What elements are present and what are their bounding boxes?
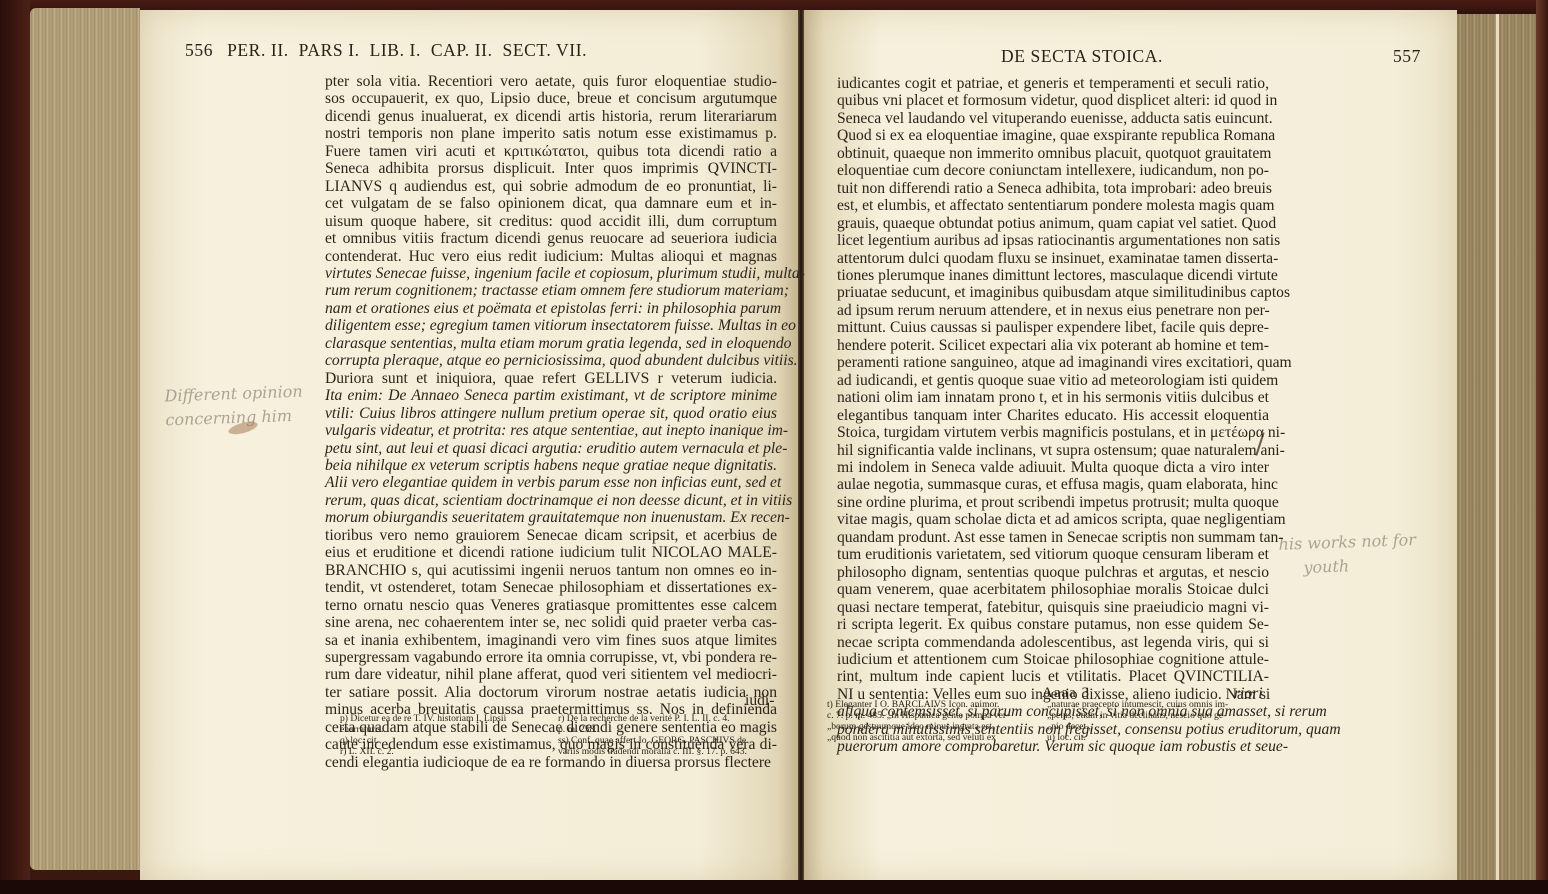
text-line: ri scripta legerit. Ex quibus constare p… [837,616,1269,633]
text-line: ad ipsum rerum neruum attendere, et in n… [837,302,1269,319]
book-gutter [798,10,804,882]
text-line: nam et orationes eius et poëmata et epis… [325,300,777,317]
text-line: uisum quoque habere, sit creditus: quod … [325,213,777,230]
text-line: licet legentium auribus ad ipsas ratioci… [837,232,1269,249]
text-line: hendere poterit. Scilicet expectari alia… [837,337,1269,354]
section-title: PER. II. PARS I. LIB. I. CAP. II. SECT. … [227,40,587,61]
footnote: enarraturis. [340,724,560,735]
text-line: eius et eruditione et dicendi ratione iu… [325,544,777,561]
text-line: nostri temporis non plane imperito satis… [325,125,777,142]
text-line: LIANVS q audiendus est, qui sobrie admod… [325,178,777,195]
text-line: quasi nectare temperat, fatebitur, quisq… [837,599,1269,616]
text-line: hil significantia valde inclinans, vt su… [837,442,1269,459]
text-line: sine arena, nec cohaerentem inter se, ne… [325,614,777,631]
footnote: p) Dicetur ea de re T. IV. historiam I. … [340,713,560,724]
footnote: r) L. XII. c. 2. [340,746,560,757]
text-line: morum obiurgandis seueritatem grauitatem… [325,509,777,526]
text-line: peramenti ratione sanguineo, atque ad im… [837,354,1269,371]
text-line: Alii vero elegantiae quidem in verbis pa… [325,474,777,491]
text-line: Duriora sunt et iniquiora, quae refert G… [325,370,777,387]
marginalia-line: youth [1279,551,1440,581]
text-line: pter sola vitia. Recentiori vero aetate,… [325,73,777,90]
text-line: virtutes Senecae fuisse, ingenium facile… [325,265,777,282]
text-line: rum dare videatur, nihil plane afferat, … [325,666,777,683]
footnote: r) De la recherche de la verité P. I. L.… [558,713,788,724]
text-line: Quod si ex ea eloquentiae imagine, quae … [837,127,1269,144]
page-edge-highlight [1496,14,1499,880]
text-line: beia nihilque ex veterum scriptis habens… [325,457,777,474]
text-line: attentorum dulci quodam fluxu se insinue… [837,250,1269,267]
footnote: „quod non ascititia aut extorta, sed vel… [827,732,1037,743]
footnote: p. m. 258. [558,724,788,735]
text-line: Stoica, turgidam virtutem verbis magnifi… [837,424,1269,441]
text-line: clarasque sententias, multa etiam morum … [325,335,777,352]
text-line: nationi olim iam innatam prono t, et in … [837,389,1269,406]
text-line: grauis, quaeque obtundat potius animum, … [837,215,1269,232]
footnote: „petus, etiam in vitia declinans, nescio… [1047,710,1252,721]
text-line: ad iudicandi, et gentis quoque suae viti… [837,372,1269,389]
footnote: q) loc. cit. [340,735,560,746]
footnotes-right-col1: t) Eleganter I O. BARCLAIVS Icon. animor… [827,699,1037,743]
text-line: quandam produnt. Ast esse tamen in Senec… [837,529,1269,546]
footnote: t) Eleganter I O. BARCLAIVS Icon. animor… [827,699,1037,710]
text-line: Seneca vel laudando vel vituperando euen… [837,110,1269,127]
text-line: mi indolem in Seneca valde adiuuit. Mult… [837,459,1269,476]
text-line: diligentem esse; egregium tamen vitiorum… [325,317,777,334]
text-line: terno ornatu nescio quas Veneres gratias… [325,597,777,614]
text-line: est, et elumbis, et affectato sententiar… [837,197,1269,214]
section-title: DE SECTA STOICA. [1001,46,1163,67]
page-edges-left [30,8,140,870]
text-line: sa et inania exhibentem, imaginandi vero… [325,632,777,649]
text-line: supergressam vagabundo errore ita omnia … [325,649,777,666]
footnote: „nio decet.„ [1047,721,1252,732]
right-page: his works not for youth DE SECTA STOICA.… [804,10,1457,882]
text-line: priuatae seducunt, et imaginibus quibusd… [837,284,1269,301]
text-line: rint, multum inde capient lucis et vtili… [837,668,1269,685]
footnotes-left-col1: p) Dicetur ea de re T. IV. historiam I. … [340,713,560,757]
running-head-left: 556 PER. II. PARS I. LIB. I. CAP. II. SE… [185,40,665,61]
text-line: tiones plerumque inanes dimittunt lector… [837,267,1269,284]
footnotes-left-col2: r) De la recherche de la verité P. I. L.… [558,713,788,757]
text-line: quam venerem, quae acerbitatem philosoph… [837,581,1269,598]
book-cover-right [1536,0,1548,894]
text-line: sos occupauerit, ex quo, Lipsio duce, br… [325,90,777,107]
text-line: obtinuit, quaeque non immerito omnibus p… [837,145,1269,162]
text-line: cet vulgatam de se falso opinionem dicat… [325,195,777,212]
text-line: mittunt. Cuius caussas si paulisper expe… [837,319,1269,336]
text-line: rerum, quas dicat, scientiam doctrinamqu… [325,492,777,509]
running-head-right: DE SECTA STOICA. 557 [961,46,1421,67]
text-line: Ita enim: De Annaeo Seneca partim existi… [325,387,777,404]
handwritten-marginalia-right: his works not for youth [1278,527,1440,581]
text-line: iudicium et attentionem cum Stoicae phil… [837,651,1269,668]
footnotes-right-col2: „naturae praecepto intumescit, cuius omn… [1047,699,1252,743]
table-surface [0,880,1548,894]
footnote: c. 7. p. m. 485. „In Hispanica gente pom… [827,710,1037,721]
body-text-left: pter sola vitia. Recentiori vero aetate,… [325,73,777,771]
text-line: rum rerum cognitionem; tractasse etiam o… [325,282,777,299]
text-line: petu sint, aut leui et quasi dicaci argu… [325,440,777,457]
text-line: tum eruditionis varietatem, sed vitiorum… [837,546,1269,563]
text-line: elegantibus tanquam inter Charites educa… [837,407,1269,424]
page-number-left: 556 [185,40,213,61]
text-line: Fuere tamen viri acuti et κριτικώτατοι, … [325,143,777,160]
text-line: Seneca adhibita prorsus displicuit. Inte… [325,160,777,177]
footnote: u) loc. cit. [1047,732,1252,743]
text-line: tendit, vt ostenderet, totam Senecae phi… [325,579,777,596]
text-line: philosopho dignam, sententias quoque pul… [837,564,1269,581]
text-line: iudicantes cogit et patriae, et generis … [837,75,1269,92]
text-line: tioribus vero nemo grauiorem Senecae dic… [325,527,777,544]
text-line: vulgaris videatur, et protrita: res atqu… [325,422,777,439]
footnote: „naturae praecepto intumescit, cuius omn… [1047,699,1252,710]
page-number-right: 557 [1393,46,1421,67]
text-line: vtili: Cuius libros attingere nullum pre… [325,405,777,422]
text-line: quibus vni placet et formosum videtur, q… [837,92,1269,109]
footnote: „borum gestuumque ideo minus ingrata est… [827,721,1037,732]
page-edges-right [1457,14,1536,880]
text-line: necae scripta commendanda adolescentibus… [837,634,1269,651]
text-line: corrupta pleraque, atque eo perniciosiss… [325,352,777,369]
footnote: ss) Conf. quae affert Io. GEORG. PASCHIV… [558,735,788,746]
text-line: dicendi genus inualuerat, ex dicendi art… [325,108,777,125]
text-line: tuit non differendi ratio a Seneca adhib… [837,180,1269,197]
book-cover-left [0,0,30,894]
text-line: et omnibus vitiis fractum dicendi genus … [325,230,777,247]
text-line: BRANCHIO s, qui acutissimi ingenii neruo… [325,562,777,579]
footnote: variis modis tradendi moralia c. III. §.… [558,746,788,757]
text-line: aulae negotia, summasque curas, et effus… [837,476,1269,493]
body-text-right: iudicantes cogit et patriae, et generis … [837,75,1269,756]
text-line: eloquentiae cum decore coniunctam intell… [837,162,1269,179]
text-line: sine ordine plurima, et prout scribendi … [837,494,1269,511]
text-line: ter satiare possit. Alia doctorum viroru… [325,684,777,701]
catchword-left: iudi- [745,692,774,710]
text-line: vitae magis, quam scholae dicta et ad am… [837,511,1269,528]
text-line: contenderat. Huc vero eius redit iudiciu… [325,248,777,265]
